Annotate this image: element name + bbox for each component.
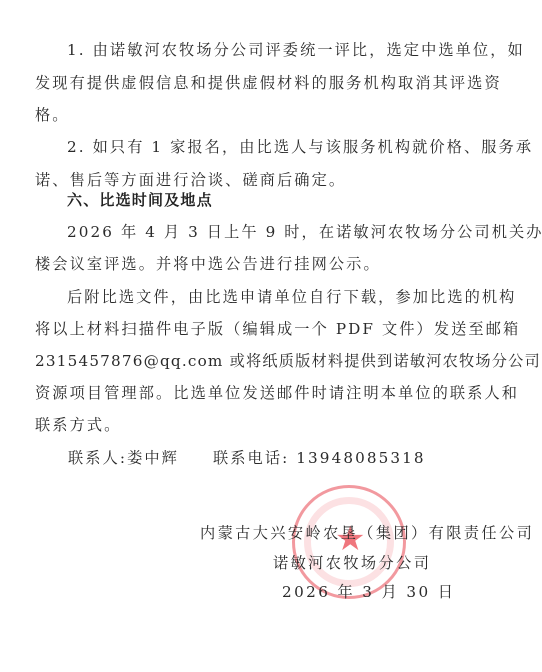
time-place-line1: 2026 年 4 月 3 日上午 9 时，在诺敏河农牧场分公司机关办公 [67, 222, 542, 242]
contact-phone: 13948085318 [296, 449, 425, 467]
time-place-line2: 楼会议室评选。并将中选公告进行挂网公示。 [35, 254, 381, 274]
signature-date: 2026 年 3 月 30 日 [282, 581, 455, 602]
contact-person: 娄中辉 [127, 449, 179, 467]
item1-line1: 1. 由诺敏河农牧场分公司评委统一评比，选定中选单位，如 [67, 40, 525, 60]
signature-org-line2: 诺敏河农牧场分公司 [273, 552, 431, 573]
submission-line2: 将以上材料扫描件电子版（编辑成一个 PDF 文件）发送至邮箱 [35, 319, 520, 339]
item1-line3: 格。 [35, 105, 70, 125]
item2-line1: 2. 如只有 1 家报名，由比选人与该服务机构就价格、服务承 [67, 137, 533, 157]
signature-org-line1: 内蒙古大兴安岭农垦（集团）有限责任公司 [200, 522, 534, 543]
item2-line2: 诺、售后等方面进行洽谈、磋商后确定。 [35, 170, 346, 190]
contact-phone-label: 联系电话: [213, 449, 289, 467]
submission-line4: 资源项目管理部。比选单位发送邮件时请注明本单位的联系人和 [35, 383, 519, 403]
section-heading: 六、比选时间及地点 [67, 190, 213, 210]
submission-line1: 后附比选文件，由比选申请单位自行下载，参加比选的机构 [67, 287, 516, 307]
item1-line2: 发现有提供虚假信息和提供虚假材料的服务机构取消其评选资 [35, 73, 502, 93]
contact-person-label: 联系人: [68, 449, 127, 467]
submission-line3-email: 2315457876@qq.com 或将纸质版材料提供到诺敏河农牧场分公司 [35, 351, 541, 371]
submission-line5: 联系方式。 [35, 415, 121, 435]
contact-line: 联系人:娄中辉联系电话: 13948085318 [68, 448, 426, 468]
